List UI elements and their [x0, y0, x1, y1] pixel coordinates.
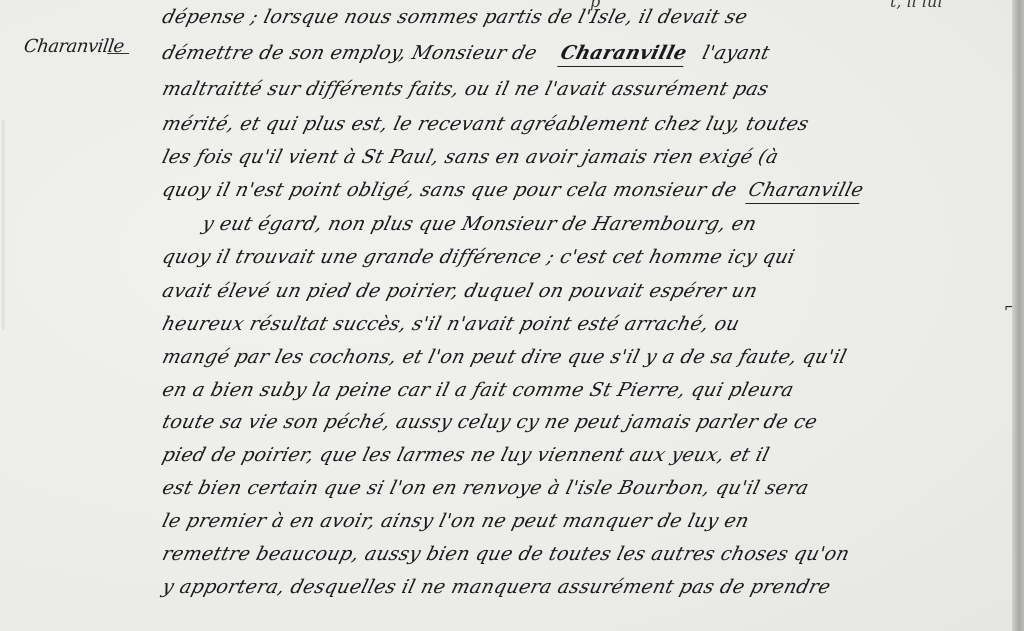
- manuscript-line-5: les fois qu'il vient à St Paul, sans en …: [160, 146, 781, 168]
- underlined-name: Charanville: [558, 42, 690, 67]
- page-crease: [2, 120, 5, 330]
- manuscript-line-14: pied de poirier, que les larmes ne luy v…: [160, 444, 772, 466]
- manuscript-line-1: dépense ; lorsque nous sommes partis de …: [160, 6, 750, 28]
- manuscript-line-4: mérité, et qui plus est, le recevant agr…: [160, 113, 811, 135]
- line-text: l'ayant: [700, 42, 772, 64]
- manuscript-line-18: y apportera, desquelles il ne manquera a…: [160, 576, 833, 598]
- manuscript-line-17: remettre beaucoup, aussy bien que de tou…: [160, 543, 852, 565]
- line-text: quoy il n'est point obligé, sans que pou…: [160, 179, 739, 201]
- underlined-name: Charanville: [745, 179, 865, 204]
- manuscript-line-2: démettre de son employ, Monsieur de Char…: [160, 42, 772, 64]
- cut-off-text-top-right: t, il lui: [890, 0, 942, 11]
- manuscript-line-15: est bien certain que si l'on en renvoye …: [160, 477, 811, 499]
- line-text: démettre de son employ, Monsieur de: [160, 42, 539, 64]
- manuscript-page: Charanville p t, il lui dépense ; lorsqu…: [0, 0, 1012, 631]
- manuscript-line-13: toute sa vie son péché, aussy celuy cy n…: [160, 411, 820, 433]
- page-binding-edge: [1012, 0, 1024, 631]
- manuscript-line-10: heureux résultat succès, s'il n'avait po…: [160, 313, 742, 335]
- manuscript-line-11: mangé par les cochons, et l'on peut dire…: [160, 346, 849, 368]
- manuscript-line-8: quoy il trouvait une grande différence ;…: [160, 246, 797, 268]
- manuscript-line-7: y eut égard, non plus que Monsieur de Ha…: [200, 213, 759, 235]
- manuscript-line-6: quoy il n'est point obligé, sans que pou…: [160, 179, 866, 201]
- manuscript-line-12: en a bien suby la peine car il a fait co…: [160, 379, 796, 401]
- margin-note: Charanville: [23, 36, 126, 57]
- manuscript-line-9: avait élevé un pied de poirier, duquel o…: [160, 280, 760, 302]
- manuscript-line-16: le premier à en avoir, ainsy l'on ne peu…: [160, 510, 751, 532]
- manuscript-line-3: maltraitté sur différents faits, ou il n…: [160, 78, 771, 100]
